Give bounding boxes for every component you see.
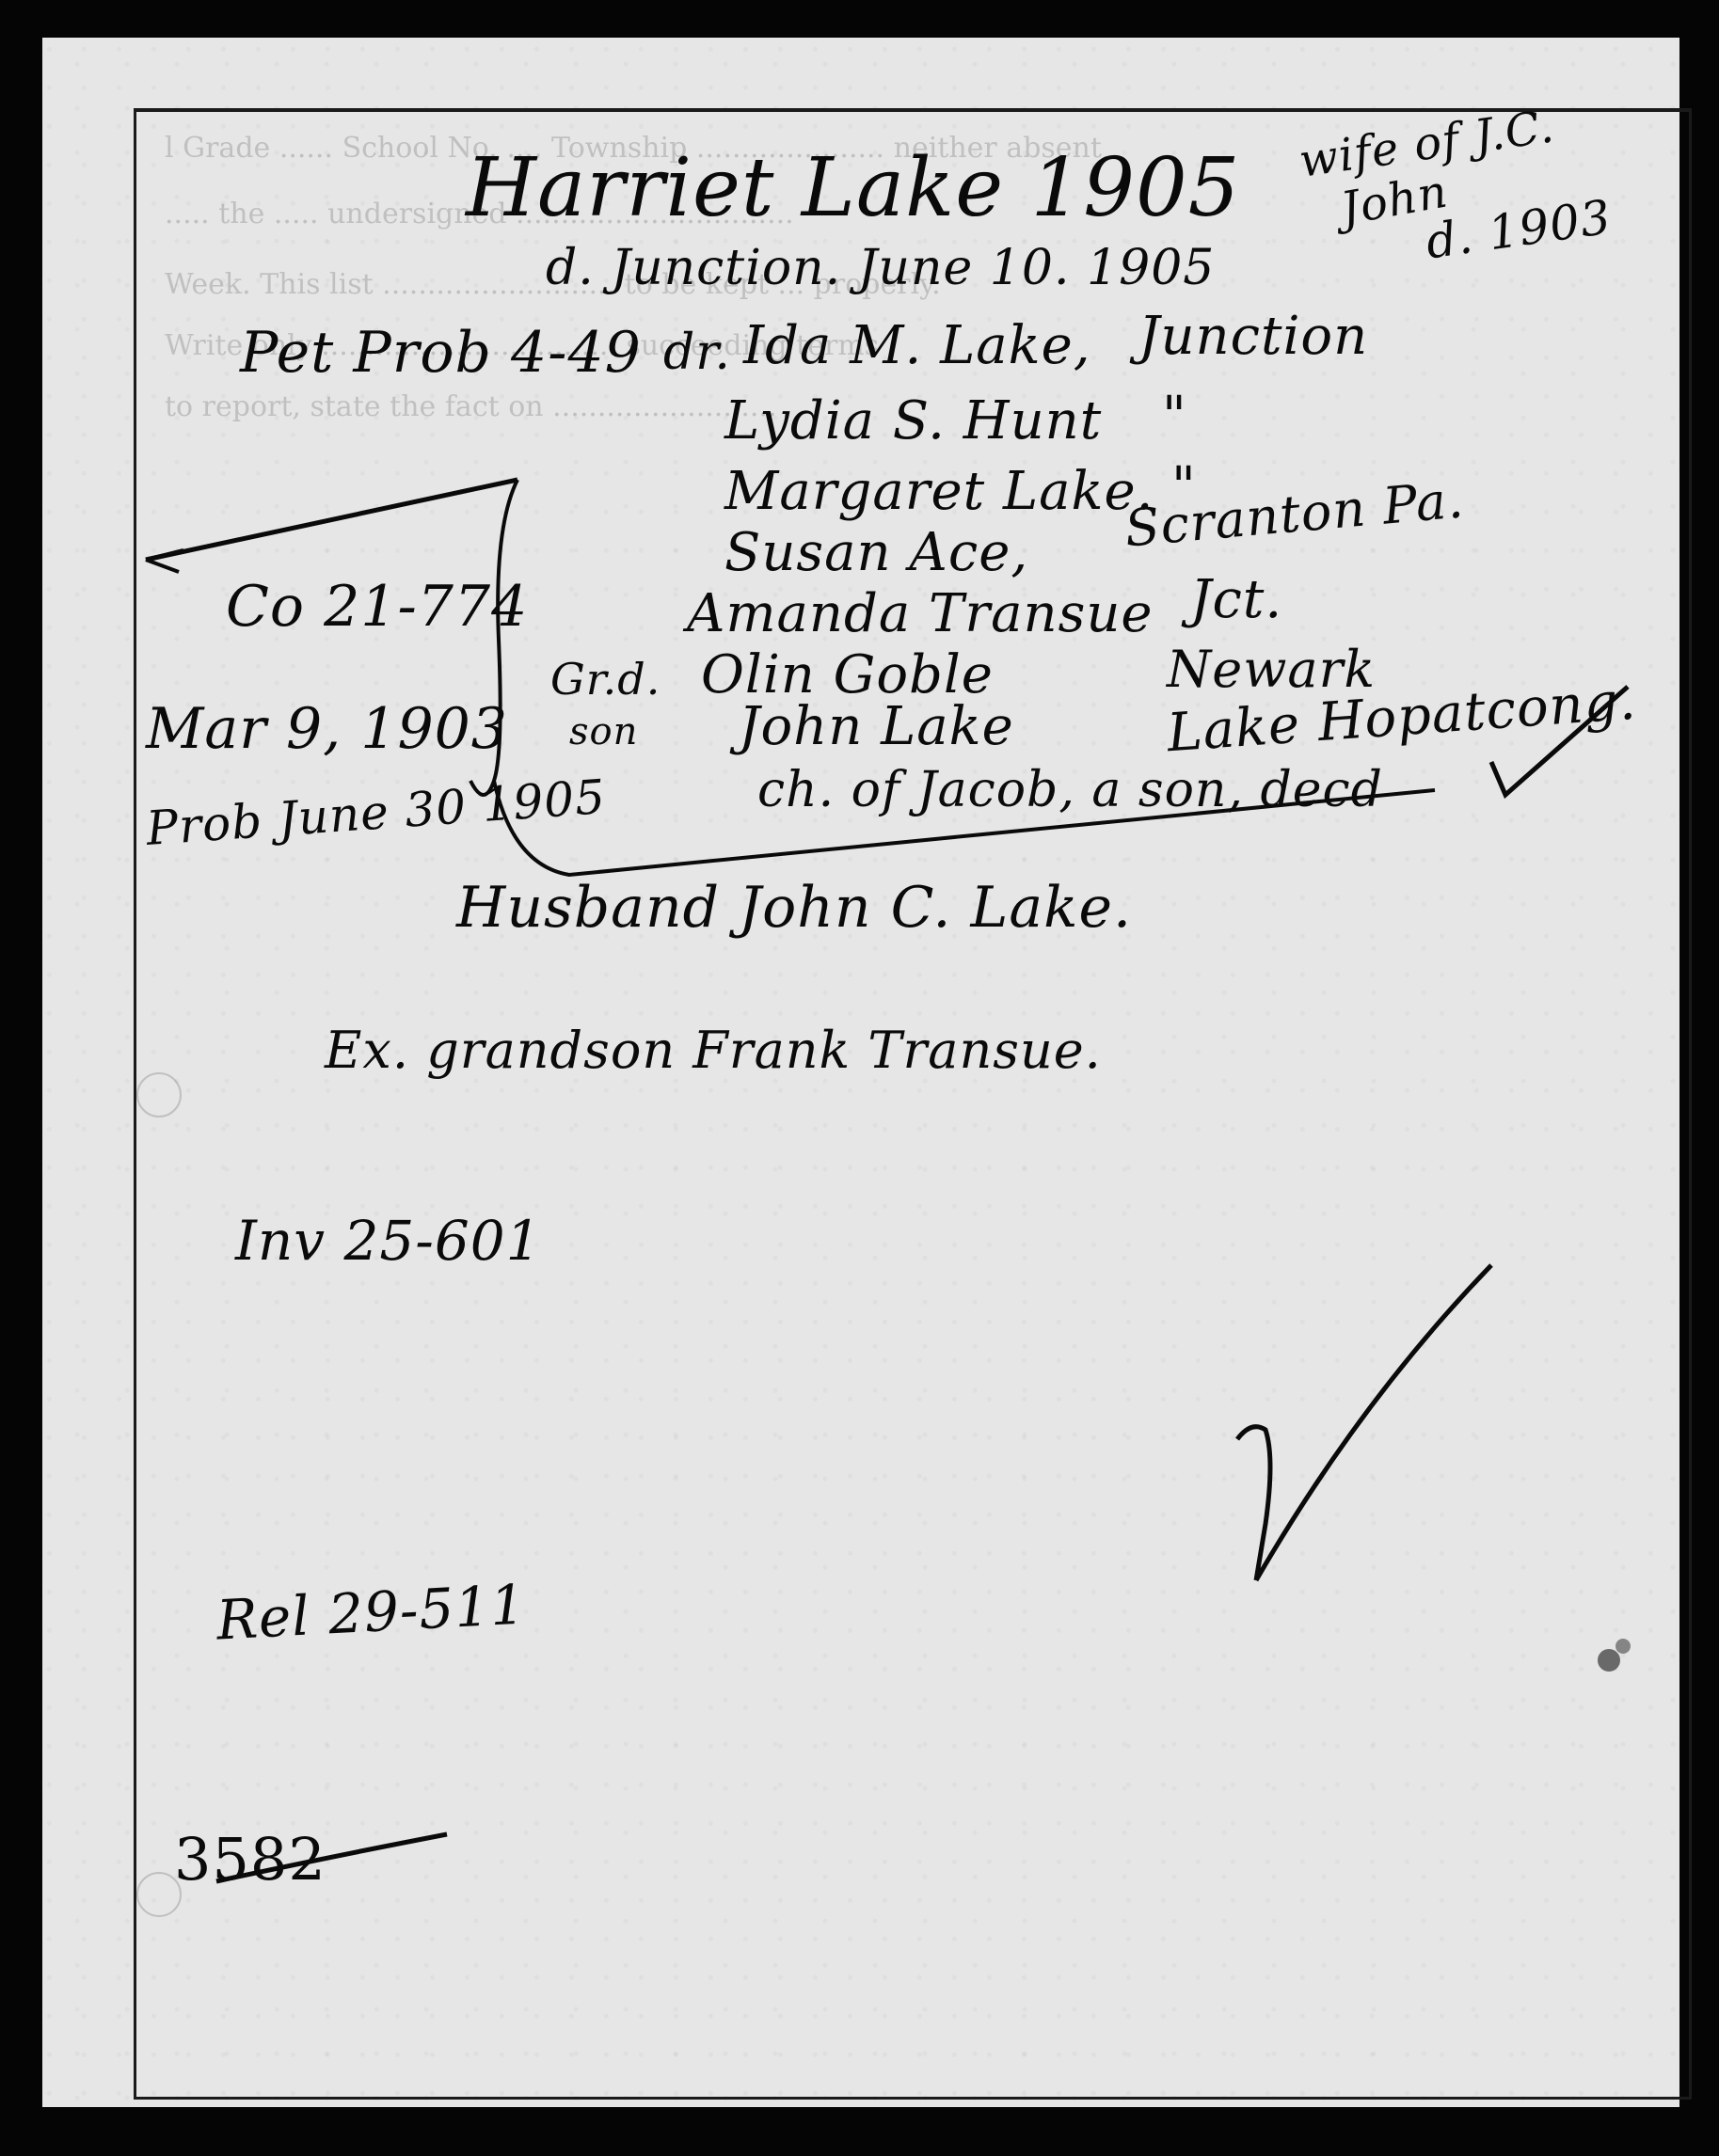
file-number-underline xyxy=(216,1834,447,1881)
check-mark-icon xyxy=(1491,687,1628,795)
check-mark-icon xyxy=(1237,1265,1491,1580)
document-page: l Grade ...... School No. ..., Township … xyxy=(42,38,1679,2107)
ink-smudge xyxy=(1616,1639,1631,1654)
ink-strokes xyxy=(42,38,1679,2107)
arrow-head-icon xyxy=(146,550,183,572)
bracket-line xyxy=(470,480,1435,875)
bracket-arrow-line xyxy=(146,480,517,560)
ink-smudge xyxy=(1598,1649,1620,1672)
